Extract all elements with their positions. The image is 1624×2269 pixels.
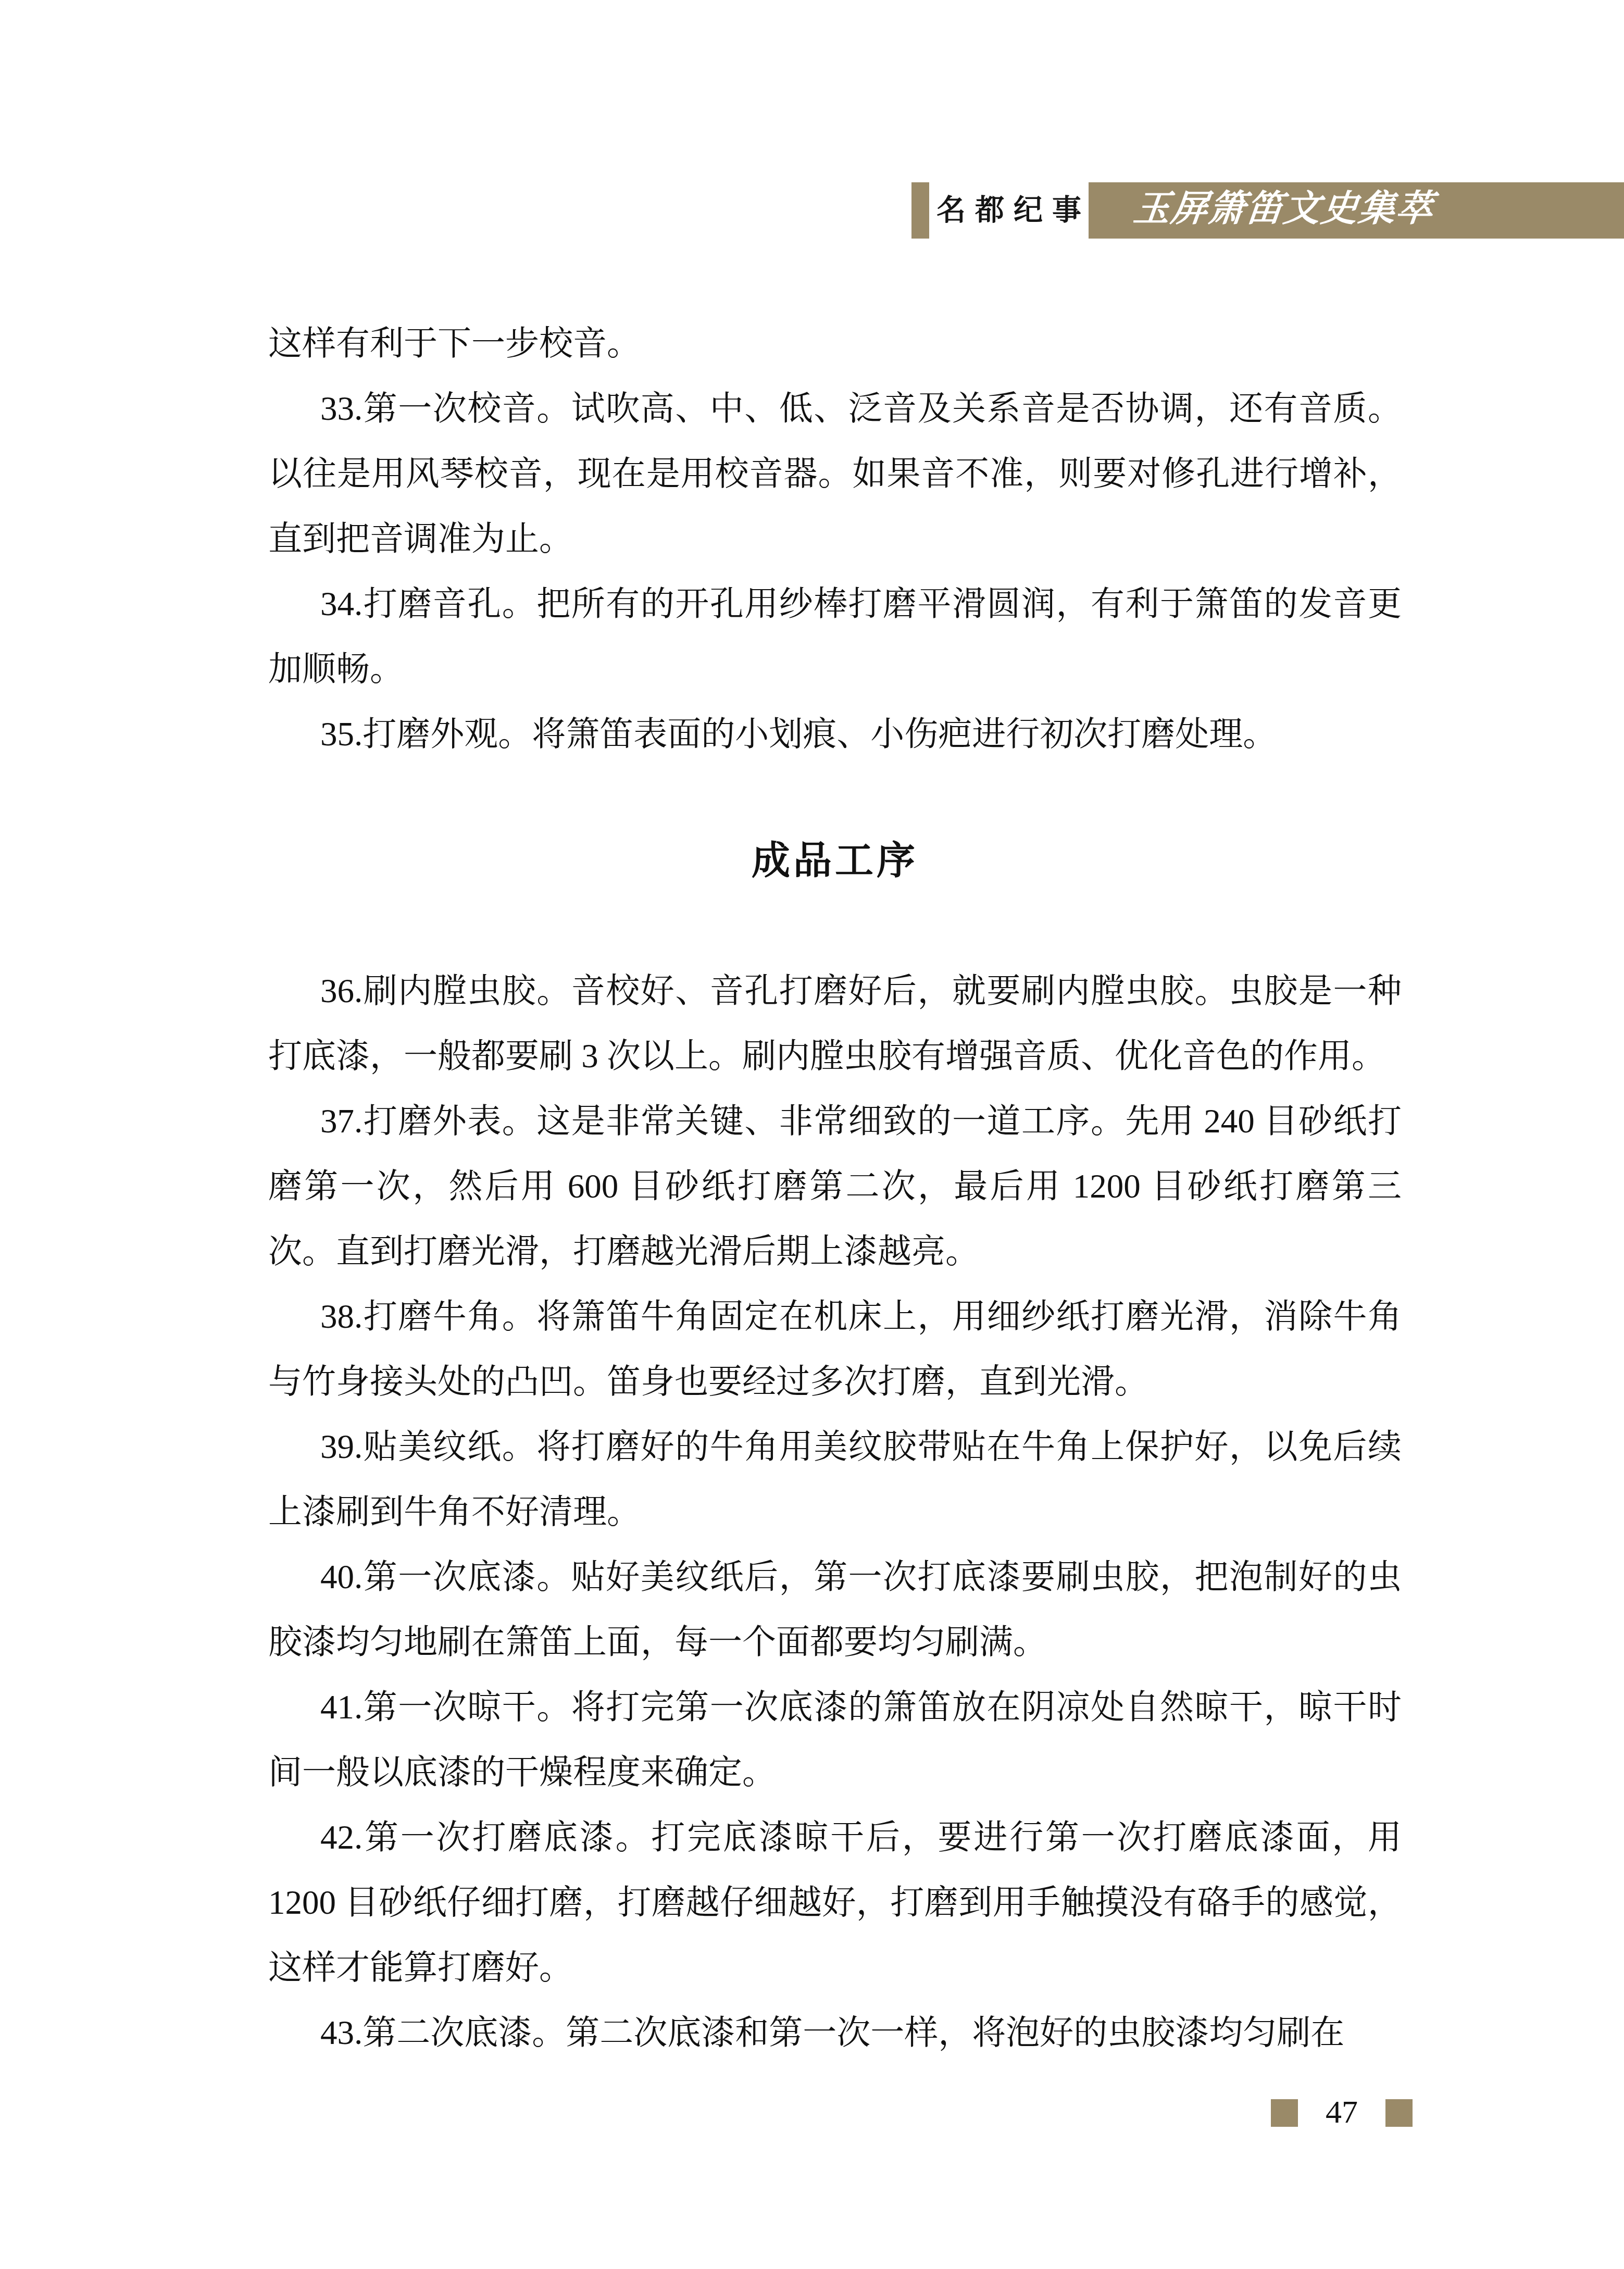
footer-square-left [1271,2099,1298,2127]
paragraph-step-41: 41.第一次晾干。将打完第一次底漆的箫笛放在阴凉处自然晾干，晾干时间一般以底漆的… [268,1675,1402,1805]
paragraph-step-35: 35.打磨外观。将箫笛表面的小划痕、小伤疤进行初次打磨处理。 [268,702,1402,767]
page-header: 名都纪事 玉屏箫笛文史集萃 [0,0,1624,260]
paragraph-step-39: 39.贴美纹纸。将打磨好的牛角用美纹胶带贴在牛角上保护好，以免后续上漆刷到牛角不… [268,1415,1402,1545]
paragraph-continued: 这样有利于下一步校音。 [268,311,1402,377]
paragraph-step-38: 38.打磨牛角。将箫笛牛角固定在机床上，用细纱纸打磨光滑，消除牛角与竹身接头处的… [268,1285,1402,1415]
paragraph-step-33: 33.第一次校音。试吹高、中、低、泛音及关系音是否协调，还有音质。以往是用风琴校… [268,377,1402,572]
section-heading: 成品工序 [268,829,1402,894]
paragraph-step-37: 37.打磨外表。这是非常关键、非常细致的一道工序。先用 240 目砂纸打磨第一次… [268,1089,1402,1285]
footer-square-right [1385,2099,1413,2127]
paragraph-step-40: 40.第一次底漆。贴好美纹纸后，第一次打底漆要刷虫胶，把泡制好的虫胶漆均匀地刷在… [268,1545,1402,1675]
paragraph-step-43: 43.第二次底漆。第二次底漆和第一次一样，将泡好的虫胶漆均匀刷在 [268,2001,1402,2066]
paragraph-step-36: 36.刷内膛虫胶。音校好、音孔打磨好后，就要刷内膛虫胶。虫胶是一种打底漆，一般都… [268,959,1402,1089]
body-text: 这样有利于下一步校音。 33.第一次校音。试吹高、中、低、泛音及关系音是否协调，… [268,311,1402,2066]
header-accent-bar [911,182,929,239]
section-label: 名都纪事 [936,182,1091,239]
paragraph-step-34: 34.打磨音孔。把所有的开孔用纱棒打磨平滑圆润，有利于箫笛的发音更加顺畅。 [268,572,1402,702]
page-number: 47 [1298,2095,1385,2129]
banner-calligraphy-title: 玉屏箫笛文史集萃 [1130,182,1436,239]
document-page: 名都纪事 玉屏箫笛文史集萃 这样有利于下一步校音。 33.第一次校音。试吹高、中… [0,0,1624,2269]
header-banner: 玉屏箫笛文史集萃 [1089,182,1624,239]
paragraph-step-42: 42.第一次打磨底漆。打完底漆晾干后，要进行第一次打磨底漆面，用 1200 目砂… [268,1805,1402,2001]
